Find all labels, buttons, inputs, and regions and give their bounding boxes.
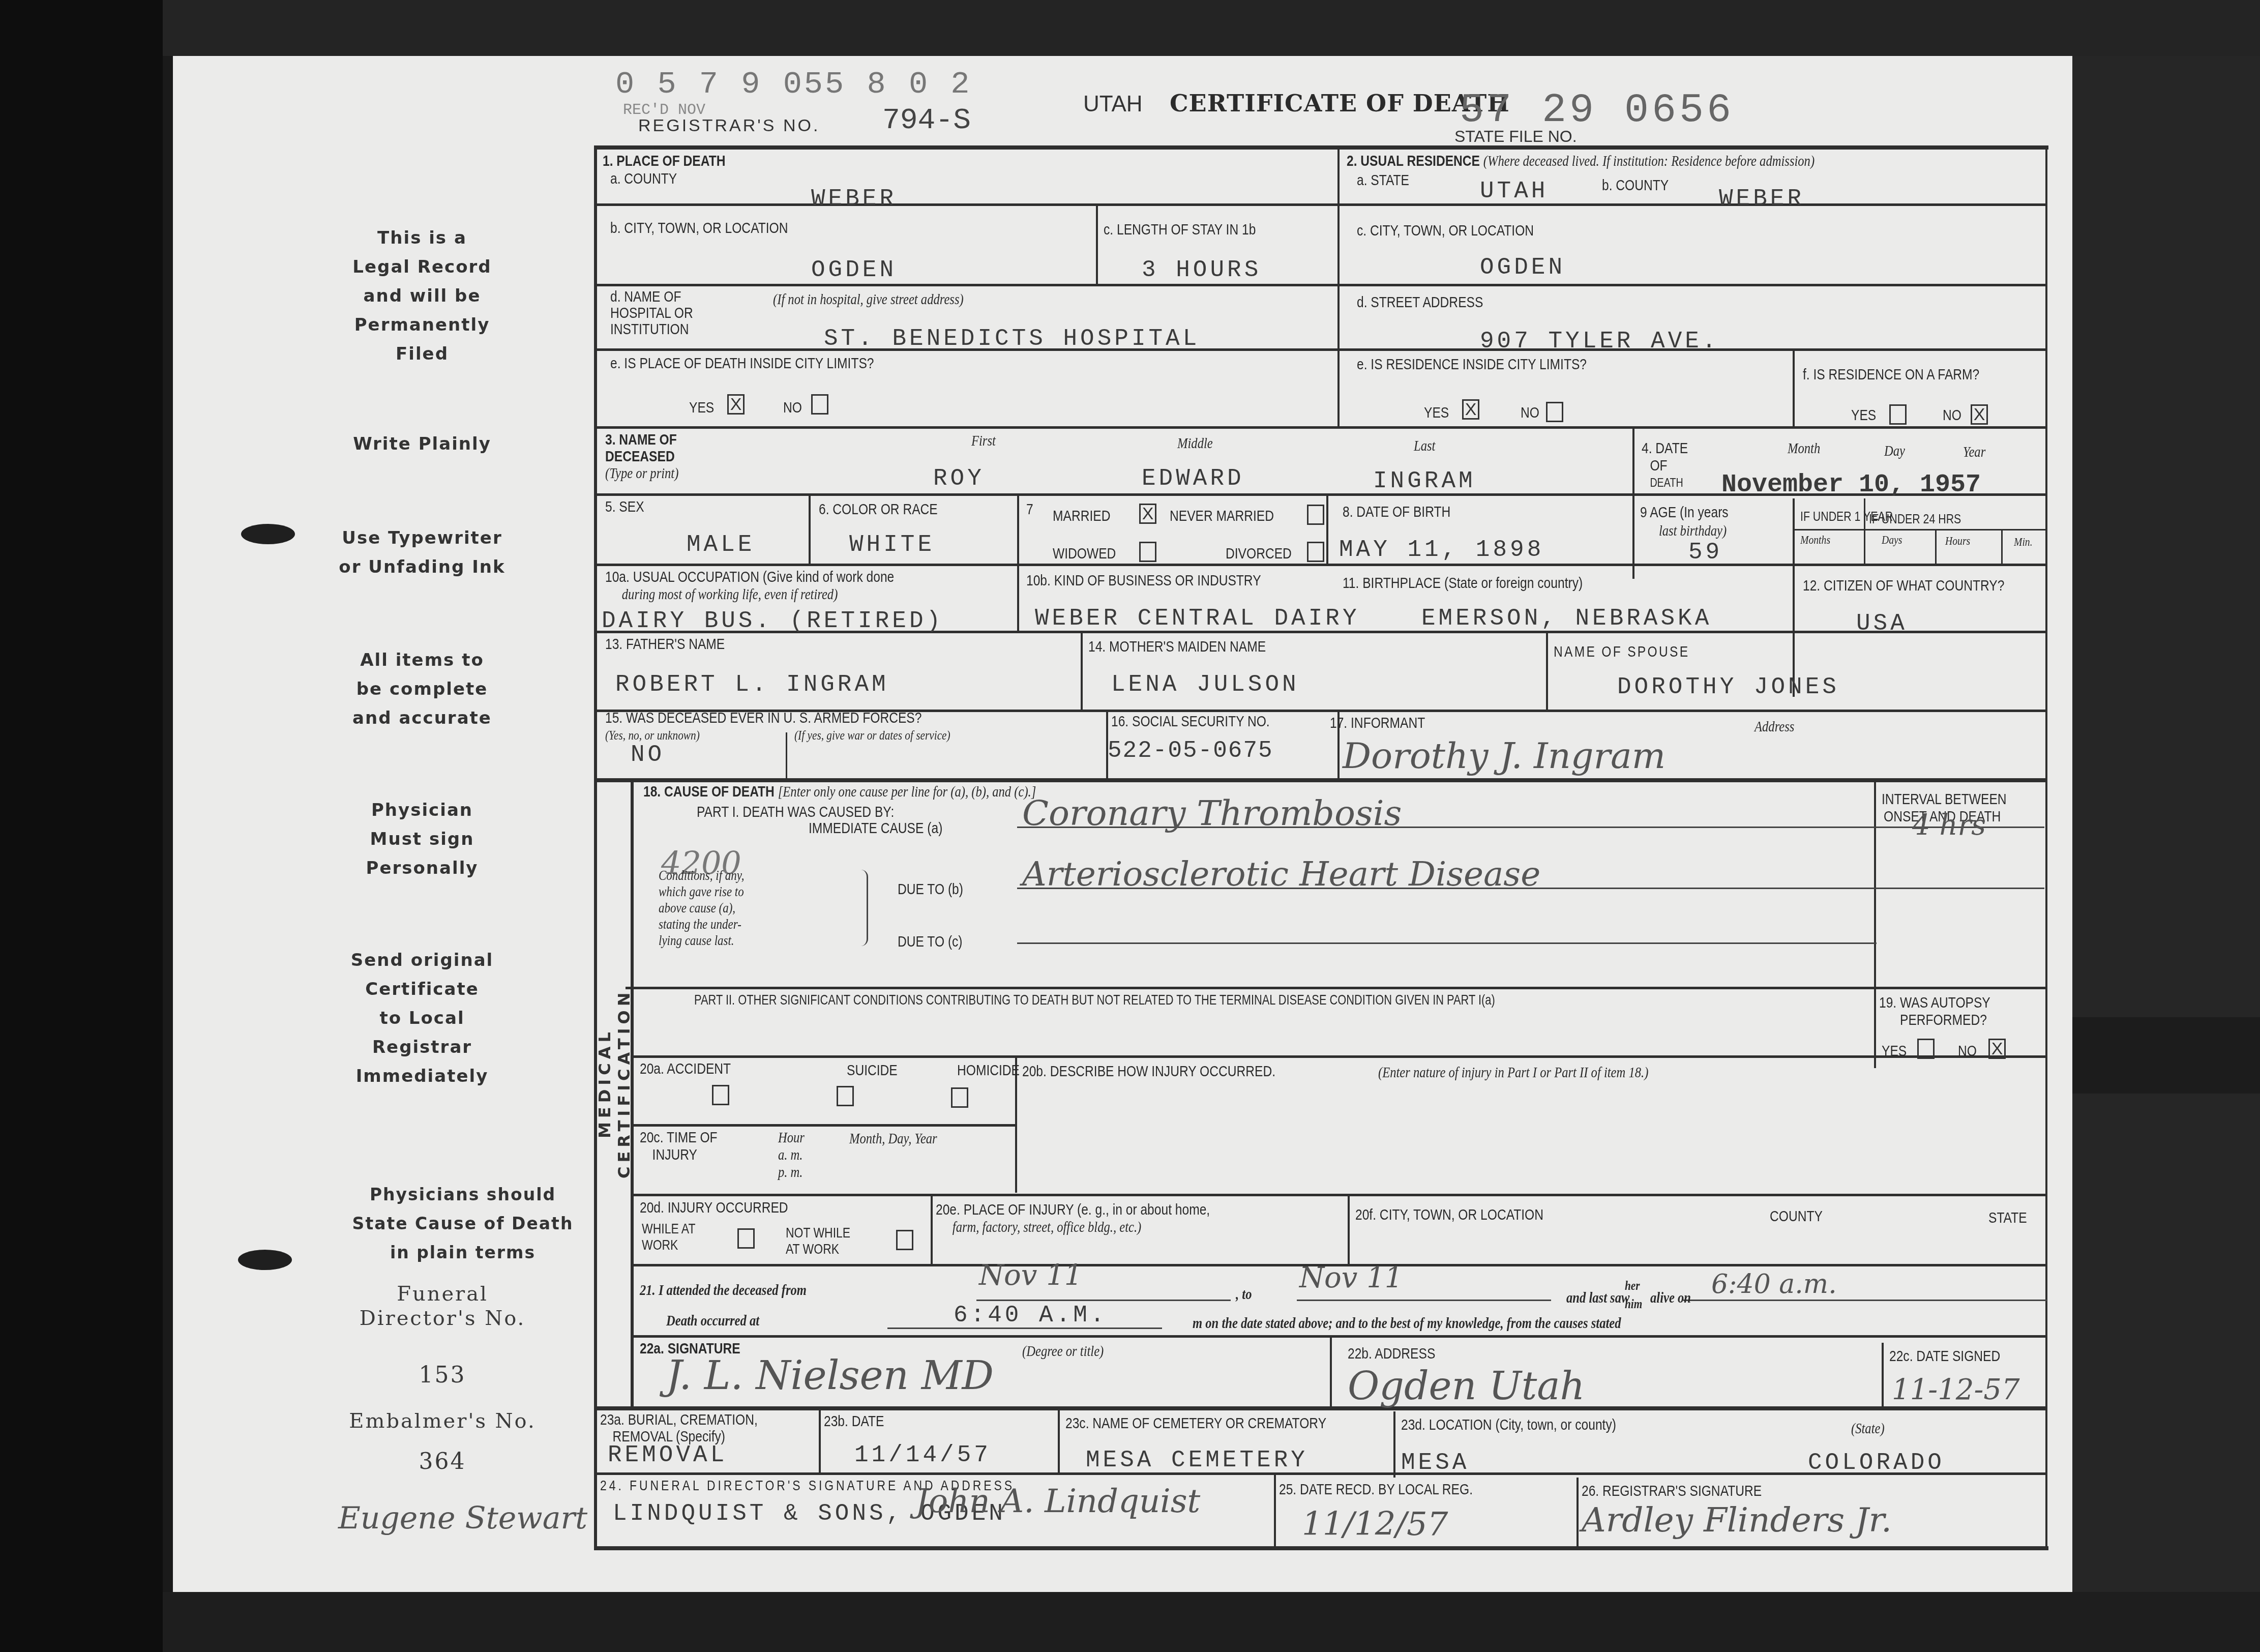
scan-background-left <box>0 0 163 1652</box>
label-line: WORK <box>642 1237 695 1253</box>
attended-to-value: Nov 11 <box>1299 1261 1403 1294</box>
punch-hole-top <box>241 524 295 544</box>
hint-text: (Enter nature of injury in Part I or Par… <box>1378 1064 1648 1081</box>
mother-name-label: 14. MOTHER'S MAIDEN NAME <box>1088 638 1266 656</box>
deceased-name-label: 3. NAME OF DECEASED (Type or print) <box>605 431 678 482</box>
divorced-label: DIVORCED <box>1226 545 1292 563</box>
divider <box>1874 778 1876 1068</box>
label-line: INTERVAL BETWEEN <box>1882 791 2007 808</box>
county-label: b. COUNTY <box>1602 177 1669 194</box>
registrars-no-label: REGISTRAR'S NO. <box>638 116 820 136</box>
label-line: 10a. USUAL OCCUPATION (Give kind of work… <box>605 569 894 586</box>
burial-date-value: 11/14/57 <box>854 1442 991 1468</box>
notice-send-original: Send original Certificate to Local Regis… <box>315 946 529 1091</box>
funeral-director-no: 153 <box>336 1363 549 1388</box>
label-text: 21. I attended the deceased from <box>640 1282 807 1299</box>
divider <box>1577 1478 1579 1549</box>
embalmer-no-label: Embalmer's No. <box>336 1409 549 1433</box>
divider <box>595 426 2047 429</box>
informant-label: 17. INFORMANT <box>1330 715 1425 732</box>
label-text: Day <box>1884 442 1905 459</box>
sex-value: MALE <box>687 532 755 558</box>
label-text: First <box>971 432 996 449</box>
occupation-value: DAIRY BUS. (RETIRED) <box>602 608 943 634</box>
scan-background-right <box>2072 56 2260 1652</box>
physician-address-label: 22b. ADDRESS <box>1348 1345 1435 1363</box>
residence-inside-city-label: e. IS RESIDENCE INSIDE CITY LIMITS? <box>1357 356 1587 373</box>
physician-signature: J. L. Nielsen MD <box>666 1353 994 1399</box>
divider <box>1081 631 1083 712</box>
notice-complete: All items to be complete and accurate <box>315 646 529 733</box>
notice-line: All items to <box>315 646 529 675</box>
burial-state-label: (State) <box>1851 1420 1885 1437</box>
first-name-label: First <box>971 432 996 450</box>
date-of-death-label: 4. DATE OF DEATH <box>1642 440 1688 492</box>
burial-date-label: 23b. DATE <box>824 1413 884 1430</box>
label-line: d. NAME OF <box>610 289 693 305</box>
scan-background-top <box>163 0 2260 56</box>
divider <box>631 1055 2047 1058</box>
describe-injury-label: 20b. DESCRIBE HOW INJURY OCCURRED. <box>1022 1063 1275 1080</box>
label-line: Hour <box>778 1129 805 1146</box>
residence-inside-city-yes-checkbox[interactable]: X <box>1462 399 1479 420</box>
label-text: , to <box>1236 1286 1252 1303</box>
label-text: Middle <box>1177 435 1213 452</box>
father-name-value: ROBERT L. INGRAM <box>615 671 889 698</box>
residence-on-farm-yes-checkbox[interactable] <box>1889 404 1907 425</box>
armed-forces-value: NO <box>631 742 665 768</box>
residence-on-farm-label: f. IS RESIDENCE ON A FARM? <box>1803 366 1979 383</box>
divider <box>1058 1406 1060 1475</box>
last-name-value: INGRAM <box>1373 468 1476 494</box>
citizen-value: USA <box>1856 610 1908 637</box>
registrar-signature-label: 26. REGISTRAR'S SIGNATURE <box>1582 1483 1762 1500</box>
marital-status-label: 7 <box>1026 501 1033 518</box>
page-title: CERTIFICATE OF DEATH <box>1170 90 1510 117</box>
hour-label: Hour a. m. p. m. <box>778 1129 805 1181</box>
no-label: NO <box>783 399 802 417</box>
label-line: DEATH <box>1642 475 1688 492</box>
burial-label: 23a. BURIAL, CREMATION, REMOVAL (Specify… <box>600 1411 758 1445</box>
notice-line: in plain terms <box>346 1238 580 1267</box>
divider <box>631 1194 2047 1196</box>
yes-label: YES <box>1882 1043 1907 1060</box>
divider <box>1793 529 2047 530</box>
label-line: 20e. PLACE OF INJURY (e. g., in or about… <box>936 1201 1210 1219</box>
label-line: NOT WHILE <box>786 1225 850 1241</box>
hint-text: [Enter only one cause per line for (a), … <box>778 783 1036 800</box>
divider <box>595 348 2047 351</box>
min-label: Min. <box>2014 535 2033 549</box>
married-label: MARRIED <box>1053 508 1110 525</box>
divorced-checkbox[interactable] <box>1307 542 1324 562</box>
notice-line: State Cause of Death <box>346 1209 580 1238</box>
no-label: NO <box>1521 404 1539 422</box>
divider <box>931 1194 933 1265</box>
label-line: last birthday) <box>1659 522 1727 539</box>
autopsy-yes-checkbox[interactable] <box>1917 1039 1935 1059</box>
place-of-injury-label: 20e. PLACE OF INJURY (e. g., in or about… <box>936 1201 1210 1236</box>
father-name-label: 13. FATHER'S NAME <box>605 636 725 653</box>
no-label: NO <box>1958 1043 1977 1060</box>
death-inside-city-no-checkbox[interactable] <box>811 394 828 415</box>
label-text: 18. CAUSE OF DEATH <box>643 783 775 800</box>
her-label: her <box>1625 1278 1640 1293</box>
label-text: Last <box>1414 437 1435 454</box>
while-at-work-label: WHILE AT WORK <box>642 1221 695 1253</box>
injury-county-label: COUNTY <box>1770 1208 1823 1225</box>
cause-c-line <box>1017 942 1877 944</box>
day-label: Day <box>1884 442 1905 460</box>
form-left-border <box>594 145 597 1549</box>
divider <box>1348 1194 1350 1265</box>
city-label: c. CITY, TOWN, OR LOCATION <box>1357 222 1534 240</box>
divider <box>819 1406 821 1472</box>
him-label: him <box>1625 1296 1642 1312</box>
notice-line: be complete <box>315 675 529 704</box>
injury-city-label: 20f. CITY, TOWN, OR LOCATION <box>1355 1206 1543 1224</box>
notice-line: or Unfading Ink <box>315 553 529 582</box>
cause-of-death-label: 18. CAUSE OF DEATH [Enter only one cause… <box>643 783 1036 801</box>
last-saw-label: and last saw <box>1566 1289 1629 1307</box>
conditions-hint: Conditions, if any, which gave rise to a… <box>659 867 744 949</box>
birthplace-label: 11. BIRTHPLACE (State or foreign country… <box>1343 575 1583 592</box>
armed-forces-hint-war: (If yes, give war or dates of service) <box>794 727 950 743</box>
notice-plain-terms: Physicians should State Cause of Death i… <box>346 1180 580 1267</box>
homicide-checkbox[interactable] <box>951 1087 968 1108</box>
residence-street-value: 907 TYLER AVE. <box>1480 328 1719 355</box>
hint-text: (Yes, no, or unknown) <box>605 728 700 743</box>
divider <box>1274 1475 1276 1549</box>
scan-background-band <box>2049 1017 2260 1094</box>
widowed-label: WIDOWED <box>1053 545 1116 563</box>
part2-label: PART II. OTHER SIGNIFICANT CONDITIONS CO… <box>694 992 1495 1008</box>
label-line: INSTITUTION <box>610 321 693 338</box>
attended-to-line <box>1297 1300 1551 1301</box>
label-line: WHILE AT <box>642 1221 695 1237</box>
year-label: Year <box>1963 444 1985 461</box>
embalmer-signature: Eugene Stewart <box>338 1500 587 1536</box>
hospital-hint: (If not in hospital, give street address… <box>773 291 964 308</box>
accident-label: 20a. ACCIDENT <box>640 1060 731 1078</box>
received-stamp: 0 5 7 9 055 8 0 2 <box>615 66 972 102</box>
industry-label: 10b. KIND OF BUSINESS OR INDUSTRY <box>1026 572 1261 589</box>
attended-label: 21. I attended the deceased from <box>640 1282 807 1299</box>
yes-label: YES <box>1424 404 1449 422</box>
date-recd-value: 11/12/57 <box>1302 1506 1448 1543</box>
date-of-death-value: November 10, 1957 <box>1721 470 1981 499</box>
notice-line: Registrar <box>315 1033 529 1062</box>
divider <box>595 778 2047 782</box>
notice-write-plainly: Write Plainly <box>315 430 529 459</box>
notice-line: This is a <box>315 224 529 253</box>
label-text: Death occurred at <box>666 1312 759 1329</box>
label-text: Min. <box>2014 536 2033 549</box>
no-label: NO <box>1943 407 1961 424</box>
title-prefix: UTAH <box>1083 92 1143 117</box>
alive-on-label: alive on <box>1650 1289 1691 1307</box>
notice-legal-record: This is a Legal Record and will be Perma… <box>315 224 529 369</box>
label-text: Month, Day, Year <box>849 1130 937 1147</box>
label-line: during most of working life, even if ret… <box>622 586 838 603</box>
registrar-signature: Ardley Flinders Jr. <box>1582 1500 1892 1540</box>
burial-location-label: 23d. LOCATION (City, town, or county) <box>1401 1417 1616 1434</box>
birthplace-value: EMERSON, NEBRASKA <box>1421 605 1712 632</box>
funeral-director-no-label: Funeral Director's No. <box>336 1282 549 1331</box>
funeral-director-signature: John A. Lindquist <box>915 1483 1200 1520</box>
hint-text: (If yes, give war or dates of service) <box>794 728 950 743</box>
divider <box>1017 493 1019 631</box>
divider <box>1326 493 1328 565</box>
date-signed-value: 11-12-57 <box>1892 1373 2020 1406</box>
label-line: 4. DATE <box>1642 440 1688 457</box>
month-day-year-label: Month, Day, Year <box>849 1130 937 1147</box>
label-line: DECEASED <box>605 448 675 465</box>
notice-line: Physician <box>315 796 529 825</box>
date-signed-label: 22c. DATE SIGNED <box>1889 1348 2000 1365</box>
label-line: 9 AGE (In years <box>1640 504 1729 522</box>
date-recd-label: 25. DATE RECD. BY LOCAL REG. <box>1279 1481 1473 1498</box>
months-label: Months <box>1800 533 1830 547</box>
immediate-cause-label: IMMEDIATE CAUSE (a) <box>809 820 942 837</box>
notice-line: Permanently <box>315 311 529 340</box>
due-to-b-label: DUE TO (b) <box>898 881 963 898</box>
immediate-cause-value: Coronary Thrombosis <box>1022 793 1402 834</box>
state-label: a. STATE <box>1357 172 1409 189</box>
divider <box>631 1124 1017 1127</box>
hint-text: (Where deceased lived. If institution: R… <box>1483 153 1815 169</box>
last-name-label: Last <box>1414 437 1435 455</box>
label-text: m on the date stated above; and to the b… <box>1193 1315 1621 1332</box>
death-county-value: WEBER <box>811 186 897 212</box>
length-of-stay-label: c. LENGTH OF STAY IN 1b <box>1104 221 1256 239</box>
notice-line: and accurate <box>315 704 529 733</box>
to-label: , to <box>1236 1286 1252 1303</box>
label-line: 19. WAS AUTOPSY <box>1879 994 1990 1012</box>
homicide-label: HOMICIDE <box>957 1062 1020 1079</box>
label-line: (Type or print) <box>605 465 678 482</box>
describe-injury-hint: (Enter nature of injury in Part I or Par… <box>1378 1064 1648 1081</box>
burial-location-city: MESA <box>1401 1450 1469 1476</box>
burial-value: REMOVAL <box>608 1442 727 1468</box>
industry-value: WEBER CENTRAL DAIRY <box>1035 605 1360 632</box>
street-label: d. STREET ADDRESS <box>1357 294 1483 311</box>
hours-label: Hours <box>1945 534 1970 548</box>
label-line: 3. NAME OF <box>605 431 677 448</box>
hint-text: (If not in hospital, give street address… <box>773 291 964 308</box>
conditions-brace <box>859 870 868 946</box>
divider <box>1393 1411 1395 1478</box>
label-text: Year <box>1963 444 1985 460</box>
label-line: 23a. BURIAL, CREMATION, <box>600 1411 758 1428</box>
never-married-label: NEVER MARRIED <box>1170 508 1274 525</box>
label-line: Funeral <box>336 1282 549 1306</box>
divider <box>595 1406 2047 1410</box>
suicide-label: SUICIDE <box>847 1062 898 1079</box>
form-right-edge <box>2045 145 2047 1549</box>
autopsy-label: 19. WAS AUTOPSY PERFORMED? <box>1879 994 1990 1029</box>
date-of-birth-value: MAY 11, 1898 <box>1339 537 1544 563</box>
divider <box>786 732 787 781</box>
injury-occurred-label: 20d. INJURY OCCURRED <box>640 1199 788 1217</box>
hint-line: stating the under- <box>659 917 741 932</box>
state-file-no-label: STATE FILE NO. <box>1454 127 1577 146</box>
death-city-value: OGDEN <box>811 257 897 283</box>
occupation-label: 10a. USUAL OCCUPATION (Give kind of work… <box>605 569 894 603</box>
residence-inside-city-no-checkbox[interactable] <box>1546 402 1563 422</box>
death-occurred-label: Death occurred at <box>666 1312 759 1330</box>
not-while-at-work-checkbox[interactable] <box>896 1230 913 1250</box>
suicide-checkbox[interactable] <box>837 1086 854 1106</box>
label-text: alive on <box>1650 1289 1691 1306</box>
label-line: AT WORK <box>786 1241 850 1257</box>
label-text: her <box>1625 1278 1640 1293</box>
divider <box>1882 1343 1884 1409</box>
divider <box>1793 348 1795 427</box>
race-value: WHITE <box>849 532 935 558</box>
sex-label: 5. SEX <box>605 498 644 516</box>
date-of-birth-label: 8. DATE OF BIRTH <box>1343 504 1450 521</box>
middle-name-value: EDWARD <box>1142 465 1244 492</box>
medical-certification-label: MEDICAL CERTIFICATION <box>595 977 631 1190</box>
ssn-value: 522-05-0675 <box>1108 737 1273 764</box>
cemetery-label: 23c. NAME OF CEMETERY OR CREMATORY <box>1065 1415 1326 1432</box>
death-time-value: 6:40 A.M. <box>954 1302 1107 1329</box>
citizen-label: 12. CITIZEN OF WHAT COUNTRY? <box>1803 577 2004 595</box>
label-text: Months <box>1800 534 1830 547</box>
punch-hole-bottom <box>238 1250 292 1270</box>
physician-address-value: Ogden Utah <box>1348 1363 1585 1408</box>
residence-county-value: WEBER <box>1719 186 1804 212</box>
notice-line: Physicians should <box>346 1180 580 1209</box>
accident-checkbox[interactable] <box>712 1085 729 1105</box>
divider <box>1546 631 1548 712</box>
form-bottom-border <box>594 1546 2048 1550</box>
residence-on-farm-no-checkbox[interactable]: X <box>1971 404 1988 425</box>
month-label: Month <box>1788 440 1820 457</box>
race-label: 6. COLOR OR RACE <box>819 501 938 518</box>
autopsy-no-checkbox[interactable]: X <box>1988 1039 2006 1059</box>
label-text: Days <box>1882 534 1902 547</box>
spouse-name-value: DOROTHY JONES <box>1617 674 1839 700</box>
age-value: 59 <box>1688 539 1722 566</box>
residence-city-value: OGDEN <box>1480 254 1565 281</box>
divider <box>595 284 2047 286</box>
embalmer-no: 364 <box>336 1450 549 1474</box>
interval-value: 4 hrs <box>1912 809 1986 842</box>
death-statement: m on the date stated above; and to the b… <box>1193 1315 1621 1332</box>
hospital-value: ST. BENEDICTS HOSPITAL <box>824 326 1200 352</box>
divider <box>595 564 2047 566</box>
days-label: Days <box>1882 533 1902 547</box>
part1-label: PART I. DEATH WAS CAUSED BY: <box>697 804 894 821</box>
label-text: Month <box>1788 440 1820 457</box>
hint-line: Conditions, if any, <box>659 868 744 883</box>
label-line: INJURY <box>640 1146 718 1164</box>
notice-line: Write Plainly <box>315 430 529 459</box>
hint-line: which gave rise to <box>659 884 744 900</box>
label-line: p. m. <box>778 1164 803 1181</box>
divider <box>1337 147 1340 427</box>
age-label: 9 AGE (In years last birthday) <box>1640 504 1729 540</box>
notice-line: Immediately <box>315 1062 529 1091</box>
hint-line: lying cause last. <box>659 933 734 949</box>
armed-forces-label: 15. WAS DECEASED EVER IN U. S. ARMED FOR… <box>605 710 921 727</box>
scan-background-bottom <box>163 1592 2260 1652</box>
label-line: farm, factory, street, office bldg., etc… <box>953 1219 1141 1235</box>
divider <box>626 987 2047 989</box>
label-line: Director's No. <box>336 1306 549 1331</box>
burial-location-state: COLORADO <box>1808 1450 1945 1476</box>
notice-line: Personally <box>315 854 529 883</box>
notice-line: Filed <box>315 340 529 369</box>
notice-line: Legal Record <box>315 253 529 282</box>
not-while-at-work-label: NOT WHILE AT WORK <box>786 1225 850 1257</box>
label-text: and last saw <box>1566 1289 1629 1306</box>
notice-line: to Local <box>315 1004 529 1033</box>
label-text: Hours <box>1945 535 1970 548</box>
label-text: 1. PLACE OF DEATH <box>603 153 725 169</box>
notice-physician-sign: Physician Must sign Personally <box>315 796 529 883</box>
label-line: 20c. TIME OF <box>640 1129 718 1146</box>
due-to-c-label: DUE TO (c) <box>898 933 963 951</box>
divider <box>1935 529 1937 565</box>
divider <box>809 493 811 565</box>
while-at-work-checkbox[interactable] <box>737 1228 755 1249</box>
divider <box>2001 529 2003 565</box>
married-checkbox[interactable]: X <box>1139 504 1156 524</box>
widowed-checkbox[interactable] <box>1139 542 1156 562</box>
label-text: him <box>1625 1296 1642 1311</box>
death-inside-city-yes-checkbox[interactable]: X <box>727 394 745 415</box>
form-top-border <box>594 145 2048 150</box>
attended-from-line <box>976 1300 1231 1301</box>
yes-label: YES <box>689 399 714 417</box>
usual-residence-label: 2. USUAL RESIDENCE (Where deceased lived… <box>1347 153 1815 170</box>
county-label: a. COUNTY <box>610 170 677 188</box>
place-of-death-label: 1. PLACE OF DEATH <box>603 153 725 170</box>
label-line: PERFORMED? <box>1879 1012 1990 1029</box>
informant-signature: Dorothy J. Ingram <box>1343 735 1666 777</box>
divider <box>1632 426 1634 579</box>
ssn-label: 16. SOCIAL SECURITY NO. <box>1111 713 1270 730</box>
label-text: Address <box>1755 718 1794 735</box>
hospital-label: d. NAME OF HOSPITAL OR INSTITUTION <box>610 289 693 338</box>
residence-state-value: UTAH <box>1480 178 1548 204</box>
label-line: a. m. <box>778 1146 803 1163</box>
death-inside-city-label: e. IS PLACE OF DEATH INSIDE CITY LIMITS? <box>610 355 874 372</box>
registrars-no: 794-S <box>882 104 971 137</box>
city-label: b. CITY, TOWN, OR LOCATION <box>610 220 788 237</box>
attended-from-value: Nov 11 <box>979 1259 1082 1292</box>
notice-line: Send original <box>315 946 529 975</box>
middle-name-label: Middle <box>1177 435 1213 452</box>
due-to-b-value: Arteriosclerotic Heart Disease <box>1022 854 1540 894</box>
under-24-hrs-label: IF UNDER 24 HRS <box>1869 511 1961 527</box>
informant-address-label: Address <box>1755 718 1794 735</box>
alive-on-line <box>1683 1300 2047 1301</box>
armed-forces-hint-yes-no: (Yes, no, or unknown) <box>605 727 700 743</box>
divider <box>1330 1335 1332 1406</box>
never-married-checkbox[interactable] <box>1307 505 1324 525</box>
degree-label: (Degree or title) <box>1022 1343 1104 1360</box>
notice-line: Must sign <box>315 825 529 854</box>
injury-state-label: STATE <box>1988 1209 2027 1227</box>
time-of-injury-label: 20c. TIME OF INJURY <box>640 1129 718 1164</box>
notice-line: and will be <box>315 282 529 311</box>
divider <box>1096 203 1098 285</box>
label-text: 2. USUAL RESIDENCE <box>1347 153 1480 169</box>
